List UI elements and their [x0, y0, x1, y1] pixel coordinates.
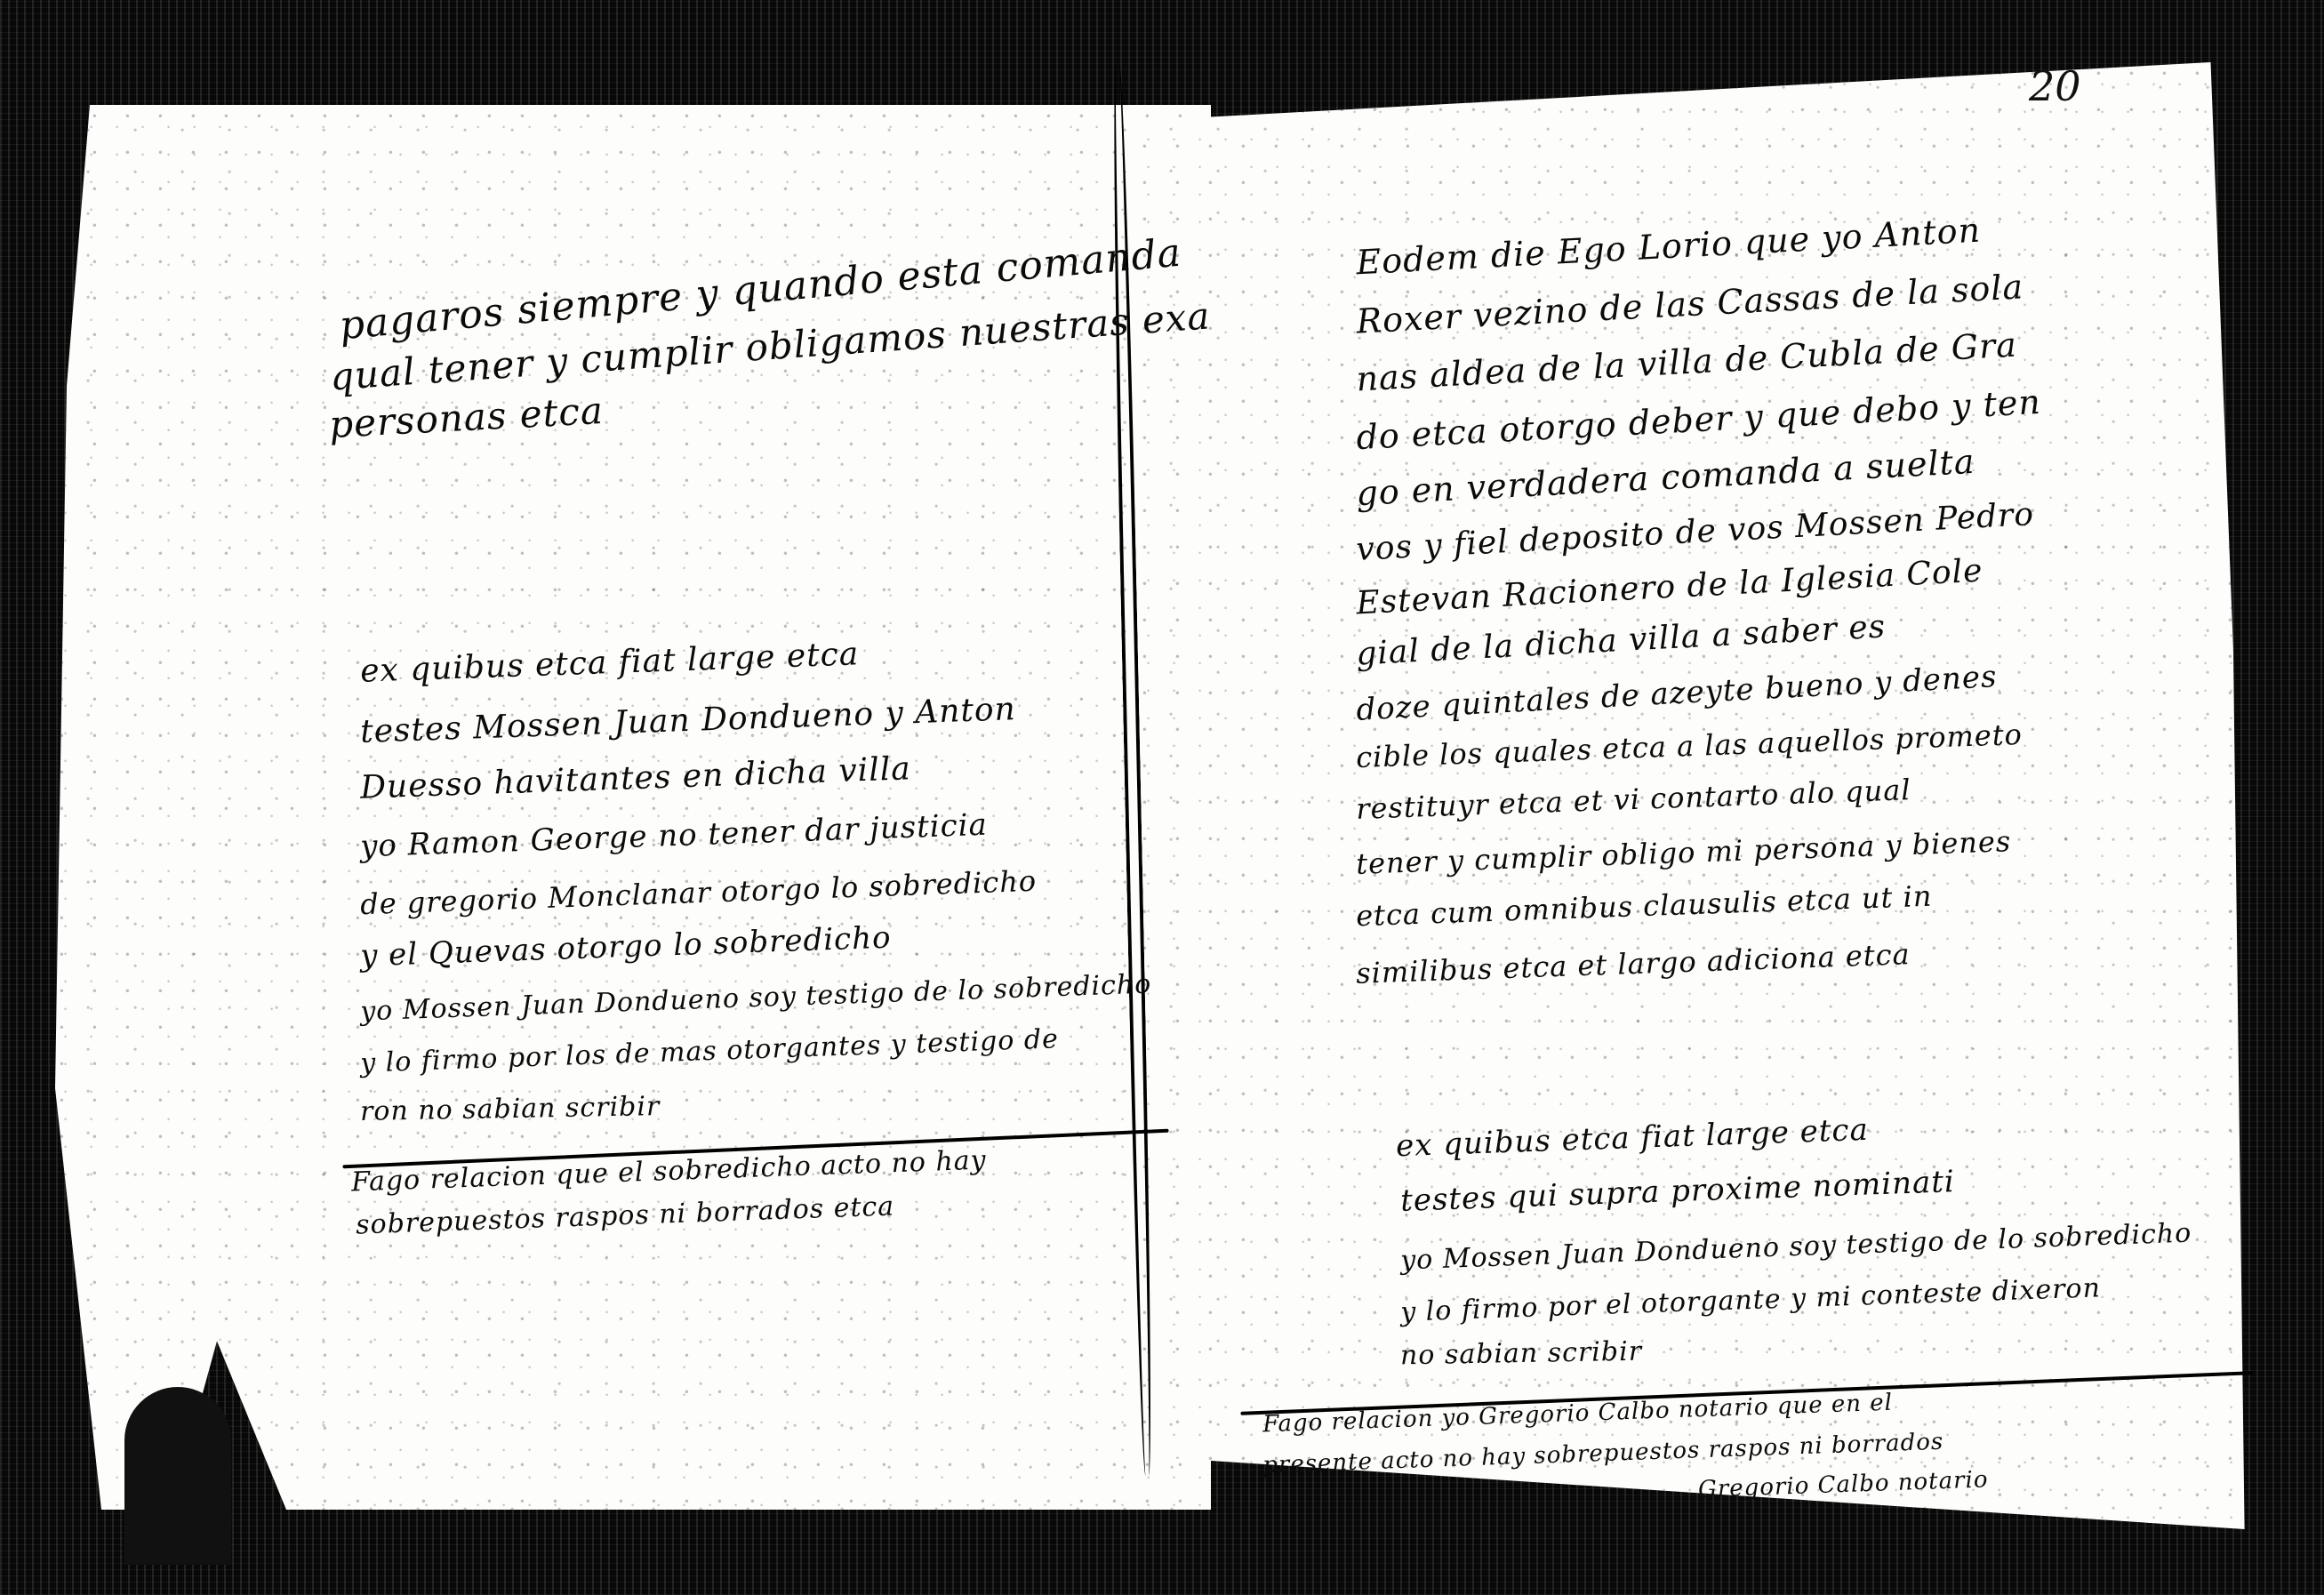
page-curl: [124, 1387, 231, 1565]
text-line: ron no sabian scribir: [360, 1091, 661, 1127]
folio-number: 20: [2029, 62, 2081, 110]
manuscript-spread: 20 pagaros siempre y quando esta comanda…: [0, 0, 2324, 1595]
text-line: no sabian scribir: [1400, 1336, 1643, 1372]
